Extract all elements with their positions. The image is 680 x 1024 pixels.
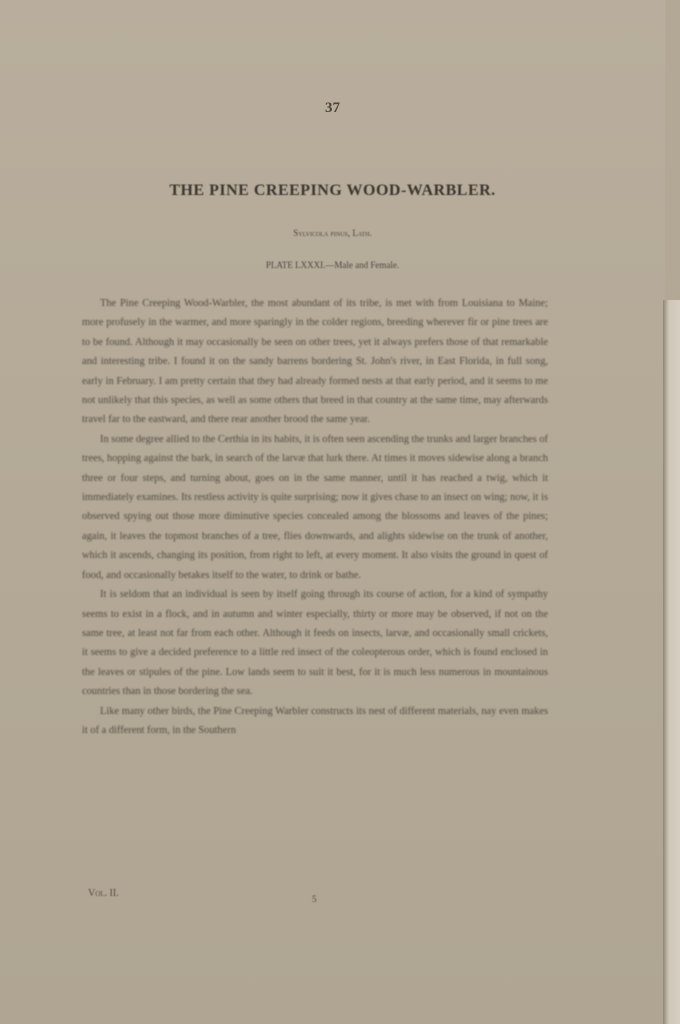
next-page-edge [663, 300, 680, 1024]
page-number: 37 [0, 100, 665, 117]
paragraph: Like many other birds, the Pine Creeping… [82, 702, 548, 741]
signature-mark: 5 [312, 894, 317, 904]
paragraph: It is seldom that an individual is seen … [82, 585, 548, 701]
volume-footer: Vol. II. [88, 888, 119, 899]
plate-caption: PLATE LXXXI.—Male and Female. [0, 260, 665, 270]
paragraph: In some degree allied to the Certhia in … [82, 430, 548, 585]
paragraph: The Pine Creeping Wood-Warbler, the most… [82, 294, 548, 430]
book-page: 37 THE PINE CREEPING WOOD-WARBLER. Sylvi… [0, 0, 665, 1024]
page-title: THE PINE CREEPING WOOD-WARBLER. [0, 182, 665, 200]
body-text: The Pine Creeping Wood-Warbler, the most… [82, 294, 548, 740]
species-latin-name: Sylvicola pinus, Lath. [0, 228, 665, 238]
